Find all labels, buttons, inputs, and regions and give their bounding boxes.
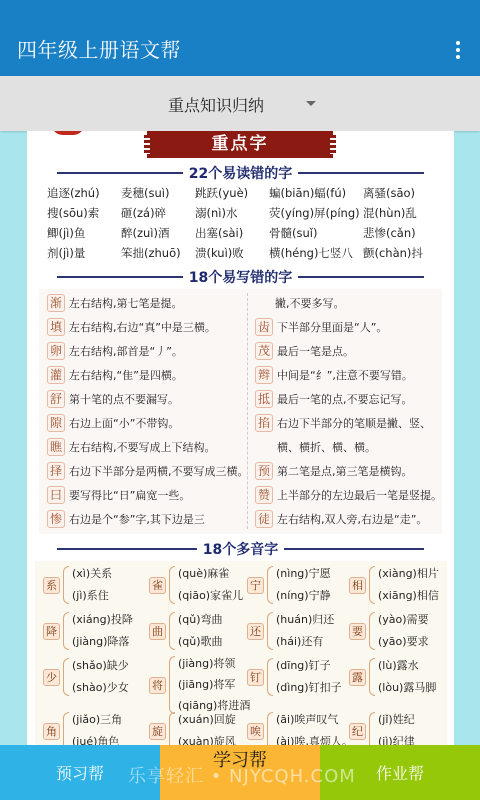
multi-sound-item: 角(jiǎo)三角(jué)角色: [43, 709, 122, 745]
reading: (qiāo)家雀儿: [178, 586, 243, 606]
write-item: 预第二笔是点,第三笔是横钩。: [255, 461, 413, 481]
brace-icon: [63, 612, 69, 650]
brace-icon: [63, 566, 69, 604]
more-vert-icon[interactable]: [446, 36, 470, 64]
write-item: 卵左右结构,部首是“丿”。: [47, 341, 183, 361]
brace-icon: [369, 566, 375, 604]
reading: (xiàng)相片: [378, 564, 439, 584]
write-item: 掐右边下半部分的笔顺是撇、竖、: [255, 413, 431, 433]
reading: (ài)唉,真烦人。: [276, 732, 353, 745]
char-box: 灌: [47, 366, 65, 384]
brace-icon: [369, 658, 375, 696]
char-box: 还: [247, 623, 264, 640]
write-item: 渐左右结构,第七笔是提。: [47, 293, 183, 313]
char-box: 要: [349, 623, 366, 640]
read-word: 麦穗(suì): [121, 186, 195, 201]
read-word: 醉(zuì)酒: [121, 226, 195, 241]
write-tip: 左右结构,右边“真”中是三横。: [69, 319, 216, 335]
write-item: 填左右结构,右边“真”中是三横。: [47, 317, 216, 337]
write-tip: 横、横折、横、横。: [277, 439, 376, 455]
multi-sound-item: 系(xì)关系(jì)系住: [43, 563, 112, 607]
dropdown-triangle-icon: [306, 101, 316, 106]
multi-sound-item: 还(huán)归还(hái)还有: [247, 609, 334, 653]
char-box: 徒: [255, 510, 273, 528]
multi-sound-item: 钉(dīng)钉子(dìng)钉扣子: [247, 655, 342, 699]
read-word: 蝙(biān)蝠(fú): [269, 186, 363, 201]
multi-sound-item: 唉(āi)唉声叹气(ài)唉,真烦人。: [247, 709, 353, 745]
read-word: 笨拙(zhuō): [121, 246, 195, 261]
read-word: 出塞(sài): [195, 226, 269, 241]
write-tip: 下半部分里面是“人”。: [277, 319, 387, 335]
read-word: 颤(chàn)抖: [363, 246, 447, 261]
char-box: 预: [255, 462, 273, 480]
char-box: 掐: [255, 414, 273, 432]
brace-icon: [267, 612, 273, 650]
spinner-selected-label: 重点知识归纳: [168, 93, 264, 116]
brace-icon: [63, 712, 69, 745]
char-box: 卵: [47, 342, 65, 360]
banner-title: 重点字: [147, 131, 333, 158]
reading: (huán)归还: [276, 610, 334, 630]
write-tip: 要写得比“日”扁宽一些。: [69, 487, 190, 503]
app-title: 四年级上册语文帮: [17, 36, 181, 64]
char-box: 辫: [255, 366, 273, 384]
reading: (jué)角色: [72, 732, 122, 745]
reading: (dìng)钉扣子: [276, 678, 342, 698]
write-tip: 最后一笔的点,不要忘记写。: [277, 391, 413, 407]
reading: (jiǎo)三角: [72, 710, 122, 730]
char-box: 茂: [255, 342, 273, 360]
char-box: 舒: [47, 390, 65, 408]
brace-icon: [267, 712, 273, 745]
reading: (dīng)钉子: [276, 656, 342, 676]
reading: (xiāng)相信: [378, 586, 439, 606]
brace-icon: [369, 612, 375, 650]
char-box: 齿: [255, 318, 273, 336]
reading: (xuán)回旋: [178, 710, 236, 730]
char-box: 曲: [149, 623, 166, 640]
multi-sound-item: 纪(jǐ)姓纪(jì)纪律: [349, 709, 415, 745]
char-box: 旋: [149, 723, 166, 740]
char-box: 将: [149, 677, 166, 694]
read-word: 溃(kuì)败: [195, 246, 269, 261]
reading: (jiàng)降落: [72, 632, 133, 652]
write-tip: 右边下半部分的笔顺是撇、竖、: [277, 415, 431, 431]
write-tip: 右边是个“参”字,其下边是三: [69, 511, 205, 527]
brace-icon: [267, 658, 273, 696]
write-item: 曰要写得比“日”扁宽一些。: [47, 485, 190, 505]
write-tip: 撇,不要多写。: [275, 295, 345, 311]
char-box: 隙: [47, 414, 65, 432]
reading: (jì)系住: [72, 586, 112, 606]
brace-icon: [267, 566, 273, 604]
write-tip: 右边上面“小”不带钩。: [69, 415, 179, 431]
char-box: 降: [43, 623, 60, 640]
write-tip: 上半部分的左边最后一笔是竖提。: [277, 487, 442, 503]
read-word: 荧(yíng)屏(píng): [269, 206, 363, 221]
char-box: 相: [349, 577, 366, 594]
brace-icon: [63, 658, 69, 696]
write-item: 舒第十笔的点不要漏写。: [47, 389, 179, 409]
read-word: 砸(zá)碎: [121, 206, 195, 221]
brace-icon: [169, 566, 175, 604]
char-box: 抵: [255, 390, 273, 408]
section-heading-multi: 18个多音字: [57, 539, 424, 559]
reading: (qǔ)歌曲: [178, 632, 223, 652]
watermark: 乐享轻汇 • NJYCQH.COM: [128, 762, 356, 788]
write-item: 择右边下半部分是两横,不要写成三横。: [47, 461, 249, 481]
brace-icon: [169, 612, 175, 650]
read-word: 离骚(sāo): [363, 186, 447, 201]
write-tip: 右边下半部分是两横,不要写成三横。: [69, 463, 249, 479]
write-item: 撇,不要多写。: [275, 293, 345, 313]
char-box: 露: [349, 669, 366, 686]
char-box: 曰: [47, 486, 65, 504]
char-box: 填: [47, 318, 65, 336]
read-word: 混(hùn)乱: [363, 206, 447, 221]
reading: (jiāng)将军: [178, 675, 250, 695]
write-item: 横、横折、横、横。: [277, 437, 376, 457]
write-tip: 最后一笔是点。: [277, 343, 354, 359]
brace-icon: [169, 656, 175, 714]
reading: (xuàn)旋风: [178, 732, 236, 745]
decorative-red-shape: [51, 131, 85, 135]
write-item: 灌左右结构,“隹”是四横。: [47, 365, 183, 385]
write-tip: 第二笔是点,第三笔是横钩。: [277, 463, 413, 479]
multi-sound-item: 雀(què)麻雀(qiāo)家雀儿: [149, 563, 243, 607]
write-item: 辫中间是“纟”,注意不要写错。: [255, 365, 413, 385]
write-tip: 左右结构,双人旁,右边是“走”。: [277, 511, 427, 527]
content-image[interactable]: 重点字 22个易读错的字 追逐(zhú)麦穗(suì)跳跃(yuè)蝙(biān…: [27, 131, 454, 745]
char-box: 角: [43, 723, 60, 740]
write-tip: 左右结构,部首是“丿”。: [69, 343, 183, 359]
brace-icon: [369, 712, 375, 745]
multi-sound-item: 露(lù)露水(lòu)露马脚: [349, 655, 436, 699]
reading: (xì)关系: [72, 564, 112, 584]
read-word: 悲惨(cǎn): [363, 226, 447, 241]
multi-sound-item: 相(xiàng)相片(xiāng)相信: [349, 563, 439, 607]
char-box: 渐: [47, 294, 65, 312]
multi-sound-item: 少(shǎo)缺少(shào)少女: [43, 655, 129, 699]
reading: (què)麻雀: [178, 564, 243, 584]
reading: (jǐ)姓纪: [378, 710, 415, 730]
reading: (lòu)露马脚: [378, 678, 436, 698]
read-word: 跳跃(yuè): [195, 186, 269, 201]
write-tip: 第十笔的点不要漏写。: [69, 391, 179, 407]
write-tip: 左右结构,第七笔是提。: [69, 295, 183, 311]
category-spinner[interactable]: 重点知识归纳: [0, 76, 480, 131]
write-item: 赞上半部分的左边最后一笔是竖提。: [255, 485, 442, 505]
dashed-divider: [247, 293, 248, 529]
char-box: 唉: [247, 723, 264, 740]
reading: (shào)少女: [72, 678, 129, 698]
char-box: 纪: [349, 723, 366, 740]
multi-sound-item: 曲(qǔ)弯曲(qǔ)歌曲: [149, 609, 223, 653]
write-tip: 左右结构,不要写成上下结构。: [69, 439, 216, 455]
write-item: 茂最后一笔是点。: [255, 341, 354, 361]
read-word: 鲫(jì)鱼: [47, 226, 121, 241]
char-box: 瞧: [47, 438, 65, 456]
reading: (nìng)宁愿: [276, 564, 331, 584]
char-box: 钉: [247, 669, 264, 686]
multi-sound-item: 将(jiàng)将领(jiāng)将军(qiāng)将进酒: [149, 653, 250, 717]
reading: (jì)纪律: [378, 732, 415, 745]
brace-icon: [169, 712, 175, 745]
read-word: 搜(sōu)索: [47, 206, 121, 221]
read-word: 剂(jì)量: [47, 246, 121, 261]
read-word: 骨髓(suǐ): [269, 226, 363, 241]
char-box: 系: [43, 577, 60, 594]
section-heading-read: 22个易读错的字: [57, 163, 424, 183]
reading: (shǎo)缺少: [72, 656, 129, 676]
multi-sound-item: 宁(nìng)宁愿(níng)宁静: [247, 563, 331, 607]
write-tip: 中间是“纟”,注意不要写错。: [277, 367, 413, 383]
write-section: 渐左右结构,第七笔是提。填左右结构,右边“真”中是三横。卵左右结构,部首是“丿”…: [39, 289, 442, 534]
reading: (yāo)要求: [378, 632, 429, 652]
read-word: 溺(nì)水: [195, 206, 269, 221]
reading: (xiáng)投降: [72, 610, 133, 630]
write-item: 徒左右结构,双人旁,右边是“走”。: [255, 509, 427, 529]
write-tip: 左右结构,“隹”是四横。: [69, 367, 183, 383]
write-item: 惨右边是个“参”字,其下边是三: [47, 509, 205, 529]
char-box: 雀: [149, 577, 166, 594]
char-box: 择: [47, 462, 65, 480]
multi-sound-section: 系(xì)关系(jì)系住雀(què)麻雀(qiāo)家雀儿宁(nìng)宁愿(…: [35, 561, 447, 745]
write-item: 齿下半部分里面是“人”。: [255, 317, 387, 337]
reading: (yào)需要: [378, 610, 429, 630]
section-heading-write: 18个易写错的字: [57, 267, 424, 287]
char-box: 惨: [47, 510, 65, 528]
write-item: 瞧左右结构,不要写成上下结构。: [47, 437, 216, 457]
reading: (āi)唉声叹气: [276, 710, 353, 730]
app-bar: 四年级上册语文帮: [0, 0, 480, 76]
reading: (níng)宁静: [276, 586, 331, 606]
reading: (lù)露水: [378, 656, 436, 676]
read-word-grid: 追逐(zhú)麦穗(suì)跳跃(yuè)蝙(biān)蝠(fú)离骚(sāo)…: [47, 186, 447, 261]
reading: (jiàng)将领: [178, 654, 250, 674]
multi-sound-item: 要(yào)需要(yāo)要求: [349, 609, 429, 653]
multi-sound-item: 旋(xuán)回旋(xuàn)旋风: [149, 709, 236, 745]
char-box: 少: [43, 669, 60, 686]
write-item: 隙右边上面“小”不带钩。: [47, 413, 179, 433]
reading: (hái)还有: [276, 632, 334, 652]
read-word: 横(héng)七竖八: [269, 246, 363, 261]
write-item: 抵最后一笔的点,不要忘记写。: [255, 389, 413, 409]
char-box: 赞: [255, 486, 273, 504]
multi-sound-item: 降(xiáng)投降(jiàng)降落: [43, 609, 133, 653]
char-box: 宁: [247, 577, 264, 594]
read-word: 追逐(zhú): [47, 186, 121, 201]
reading: (qǔ)弯曲: [178, 610, 223, 630]
